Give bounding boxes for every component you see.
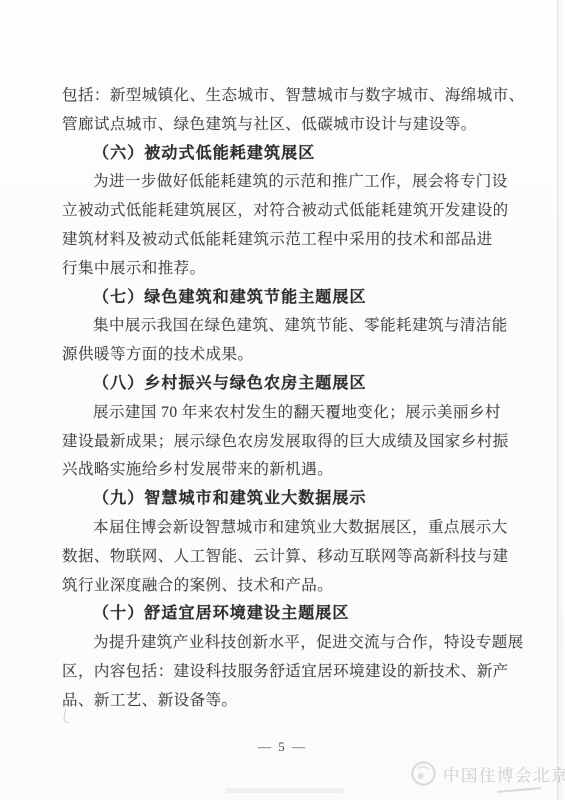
paragraph-line: 集中展示我国在绿色建筑、建筑节能、零能耗建筑与清洁能 — [62, 312, 508, 341]
paragraph-line: 立被动式低能耗建筑展区，对符合被动式低能耗建筑开发建设的 — [62, 197, 508, 226]
paragraph-line: 行集中展示和推荐。 — [62, 255, 508, 284]
scan-artifact-mark — [63, 709, 71, 724]
paper-edge-shadow — [557, 0, 559, 800]
paragraph-line: 品、新工艺、新设备等。 — [62, 687, 508, 716]
paper-scratch-mark — [497, 787, 541, 792]
paper-edge-shadow-2 — [560, 0, 562, 800]
section-heading-6: （六）被动式低能耗建筑展区 — [62, 140, 508, 169]
section-heading-10: （十）舒适宜居环境建设主题展区 — [62, 600, 508, 629]
paragraph-line: 兴战略实施给乡村发展带来的新机遇。 — [62, 456, 508, 485]
paragraph-line: 展示建国 70 年来农村发生的翻天覆地变化；展示美丽乡村 — [62, 399, 508, 428]
camera-logo-icon — [410, 760, 437, 787]
paragraph-line: 为提升建筑产业科技创新水平，促进交流与合作，特设专题展 — [62, 629, 508, 658]
paragraph-line: 数据、物联网、人工智能、云计算、移动互联网等高新科技与建 — [62, 543, 508, 572]
photo-watermark: 中国住博会北京 — [410, 760, 565, 787]
page-number: — 5 — — [0, 739, 565, 755]
document-page: 包括：新型城镇化、生态城市、智慧城市与数字城市、海绵城市、 管廊试点城市、绿色建… — [0, 0, 565, 800]
paragraph-line: 为进一步做好低能耗建筑的示范和推广工作，展会将专门设 — [62, 168, 508, 197]
document-body: 包括：新型城镇化、生态城市、智慧城市与数字城市、海绵城市、 管廊试点城市、绿色建… — [62, 82, 508, 716]
watermark-text: 中国住博会北京 — [443, 762, 565, 786]
section-heading-9: （九）智慧城市和建筑业大数据展示 — [62, 485, 508, 514]
section-heading-8: （八）乡村振兴与绿色农房主题展区 — [62, 370, 508, 399]
paper-smudge — [225, 788, 345, 793]
paragraph-line: 源供暖等方面的技术成果。 — [62, 341, 508, 370]
paragraph-line: 建设最新成果；展示绿色农房发展取得的巨大成绩及国家乡村振 — [62, 428, 508, 457]
paragraph-line: 建筑材料及被动式低能耗建筑示范工程中采用的技术和部品进 — [62, 226, 508, 255]
paragraph-line: 本届住博会新设智慧城市和建筑业大数据展区，重点展示大 — [62, 514, 508, 543]
paragraph-line: 区，内容包括：建设科技服务舒适宜居环境建设的新技术、新产 — [62, 658, 508, 687]
paragraph-line: 管廊试点城市、绿色建筑与社区、低碳城市设计与建设等。 — [62, 111, 508, 140]
paragraph-line: 包括：新型城镇化、生态城市、智慧城市与数字城市、海绵城市、 — [62, 82, 508, 111]
section-heading-7: （七）绿色建筑和建筑节能主题展区 — [62, 284, 508, 313]
paragraph-line: 筑行业深度融合的案例、技术和产品。 — [62, 572, 508, 601]
